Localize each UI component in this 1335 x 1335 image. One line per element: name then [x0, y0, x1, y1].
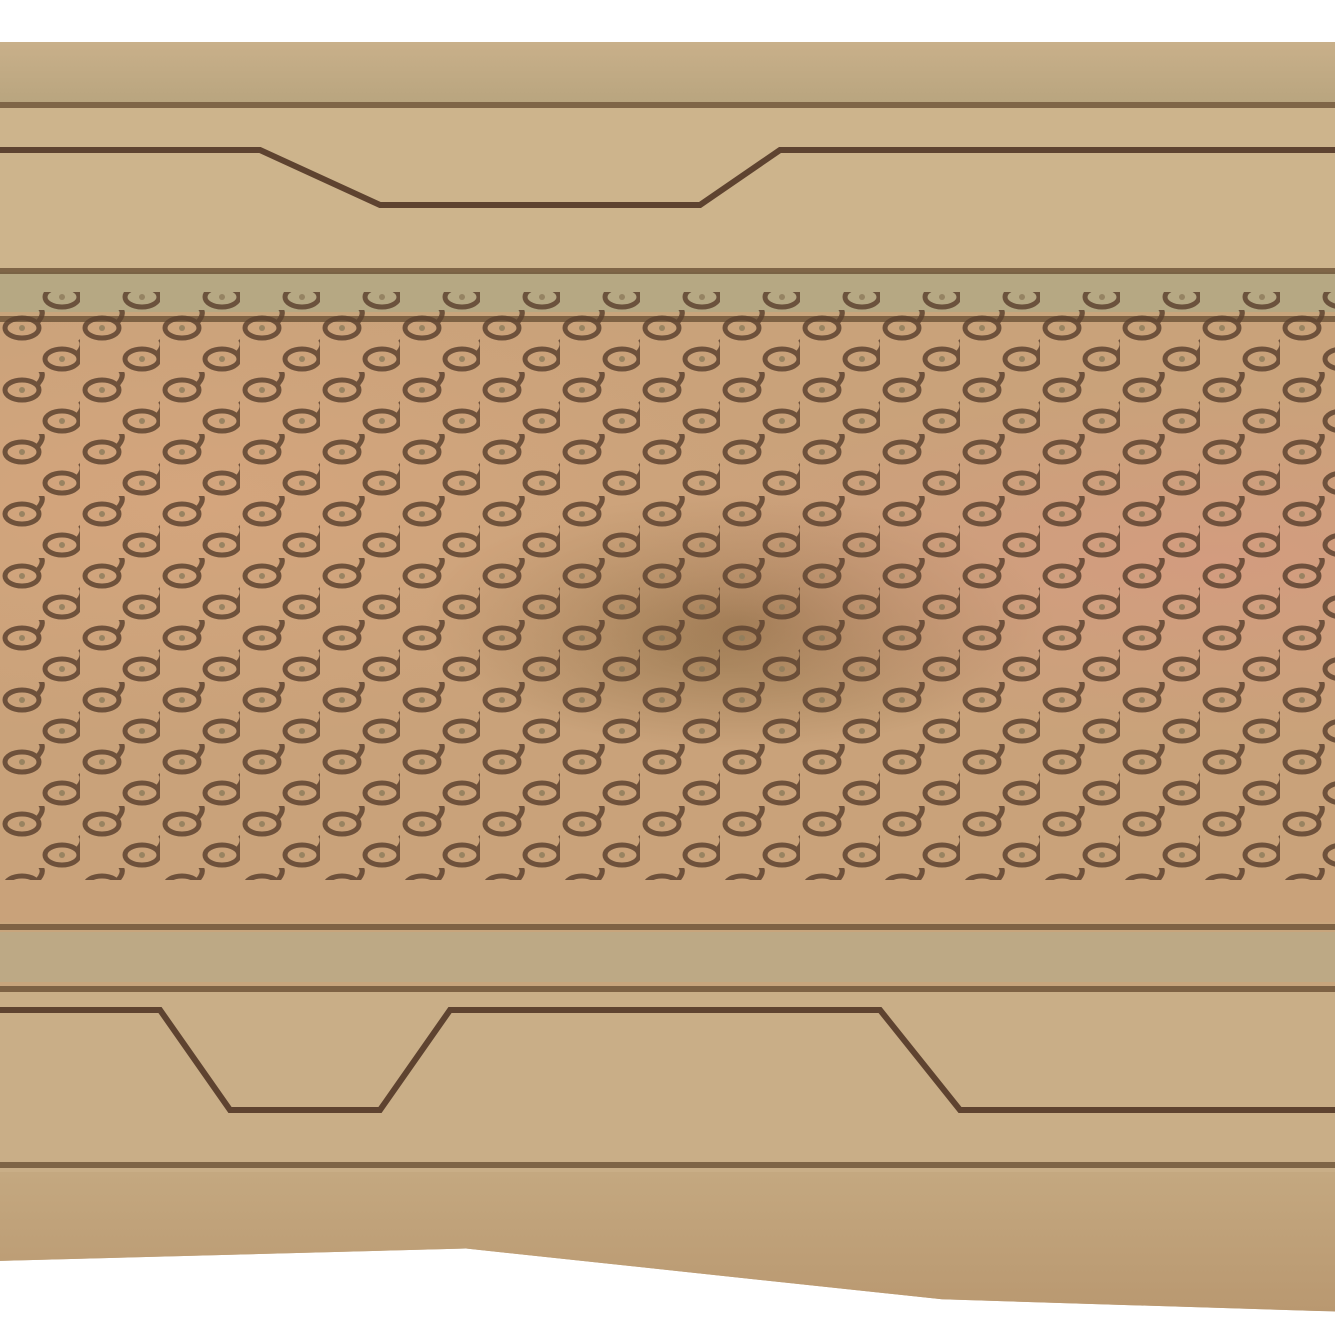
rug-motifs — [0, 0, 1335, 1335]
